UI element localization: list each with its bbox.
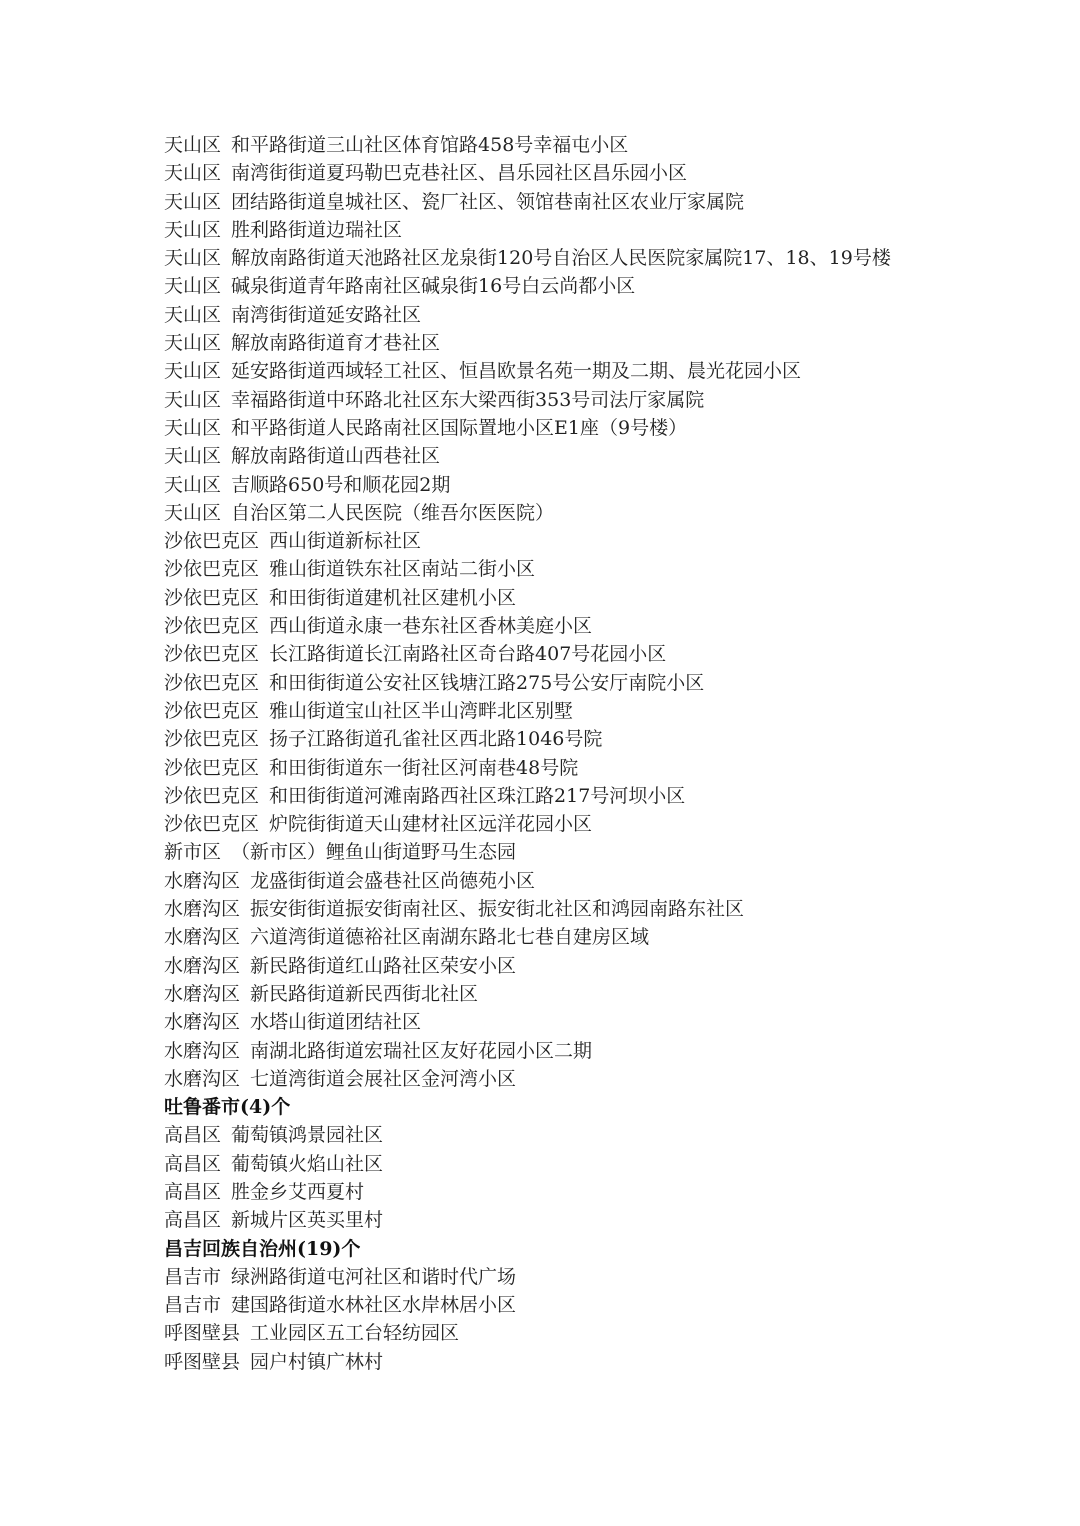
district-name: 沙依巴克区: [164, 810, 259, 838]
district-name: 昌吉市: [164, 1263, 221, 1291]
location-text: 振安街街道振安街南社区、振安街北社区和鸿园南路东社区: [250, 898, 744, 920]
location-text: 七道湾街道会展社区金河湾小区: [250, 1068, 516, 1090]
location-text: 新城片区英买里村: [231, 1209, 383, 1231]
district-name: 水磨沟区: [164, 980, 240, 1008]
list-item: 沙依巴克区炉院街街道天山建材社区远洋花园小区: [164, 810, 1024, 838]
location-text: 和田街街道东一街社区河南巷48号院: [269, 757, 578, 779]
district-name: 呼图壁县: [164, 1319, 240, 1347]
list-item: 天山区解放南路街道育才巷社区: [164, 329, 1024, 357]
location-text: 扬子江路街道孔雀社区西北路1046号院: [269, 728, 602, 750]
district-name: 水磨沟区: [164, 1008, 240, 1036]
district-name: 天山区: [164, 471, 221, 499]
location-text: 延安路街道西域轻工社区、恒昌欧景名苑一期及二期、晨光花园小区: [231, 360, 801, 382]
district-name: 天山区: [164, 188, 221, 216]
list-item: 沙依巴克区和田街街道东一街社区河南巷48号院: [164, 754, 1024, 782]
location-text: 葡萄镇鸿景园社区: [231, 1124, 383, 1146]
district-name: 水磨沟区: [164, 1037, 240, 1065]
location-text: 和田街街道河滩南路西社区珠江路217号河坝小区: [269, 785, 685, 807]
district-name: 水磨沟区: [164, 1065, 240, 1093]
document-page: 天山区和平路街道三山社区体育馆路458号幸福屯小区天山区南湾街街道夏玛勒巴克巷社…: [0, 0, 1080, 1526]
district-name: 新市区: [164, 838, 221, 866]
list-item: 呼图壁县工业园区五工台轻纺园区: [164, 1319, 1024, 1347]
district-name: 沙依巴克区: [164, 527, 259, 555]
district-name: 天山区: [164, 272, 221, 300]
location-text: 解放南路街道山西巷社区: [231, 445, 440, 467]
district-name: 水磨沟区: [164, 952, 240, 980]
location-text: 碱泉街道青年路南社区碱泉街16号白云尚都小区: [231, 275, 635, 297]
location-text: 雅山街道铁东社区南站二街小区: [269, 558, 535, 580]
location-text: 解放南路街道天池路社区龙泉街120号自治区人民医院家属院17、18、19号楼: [231, 247, 891, 269]
location-text: 龙盛街街道会盛巷社区尚德苑小区: [250, 870, 535, 892]
location-text: 南湖北路街道宏瑞社区友好花园小区二期: [250, 1040, 592, 1062]
location-text: 西山街道新标社区: [269, 530, 421, 552]
district-name: 天山区: [164, 386, 221, 414]
district-name: 沙依巴克区: [164, 612, 259, 640]
list-item: 沙依巴克区和田街街道河滩南路西社区珠江路217号河坝小区: [164, 782, 1024, 810]
list-item: 新市区（新市区）鲤鱼山街道野马生态园: [164, 838, 1024, 866]
district-name: 天山区: [164, 329, 221, 357]
list-item: 高昌区胜金乡艾西夏村: [164, 1178, 1024, 1206]
list-item: 天山区自治区第二人民医院（维吾尔医医院）: [164, 499, 1024, 527]
location-text: 雅山街道宝山社区半山湾畔北区别墅: [269, 700, 573, 722]
location-text: 自治区第二人民医院（维吾尔医医院）: [231, 502, 554, 524]
location-text: 六道湾街道德裕社区南湖东路北七巷自建房区域: [250, 926, 649, 948]
list-item: 天山区南湾街街道夏玛勒巴克巷社区、昌乐园社区昌乐园小区: [164, 159, 1024, 187]
location-text: （新市区）鲤鱼山街道野马生态园: [231, 841, 516, 863]
district-name: 天山区: [164, 131, 221, 159]
location-text: 长江路街道长江南路社区奇台路407号花园小区: [269, 643, 666, 665]
location-text: 吉顺路650号和顺花园2期: [231, 474, 450, 496]
district-name: 沙依巴克区: [164, 555, 259, 583]
list-item: 昌吉市绿洲路街道屯河社区和谐时代广场: [164, 1263, 1024, 1291]
location-text: 水塔山街道团结社区: [250, 1011, 421, 1033]
list-item: 昌吉市建国路街道水林社区水岸林居小区: [164, 1291, 1024, 1319]
list-item: 沙依巴克区和田街街道公安社区钱塘江路275号公安厅南院小区: [164, 669, 1024, 697]
list-item: 沙依巴克区长江路街道长江南路社区奇台路407号花园小区: [164, 640, 1024, 668]
location-text: 园户村镇广林村: [250, 1351, 383, 1373]
list-item: 水磨沟区振安街街道振安街南社区、振安街北社区和鸿园南路东社区: [164, 895, 1024, 923]
list-item: 沙依巴克区雅山街道宝山社区半山湾畔北区别墅: [164, 697, 1024, 725]
district-name: 天山区: [164, 216, 221, 244]
list-item: 高昌区葡萄镇火焰山社区: [164, 1150, 1024, 1178]
location-text: 葡萄镇火焰山社区: [231, 1153, 383, 1175]
location-text: 南湾街街道夏玛勒巴克巷社区、昌乐园社区昌乐园小区: [231, 162, 687, 184]
list-item: 高昌区新城片区英买里村: [164, 1206, 1024, 1234]
list-item: 沙依巴克区雅山街道铁东社区南站二街小区: [164, 555, 1024, 583]
location-text: 和平路街道人民路南社区国际置地小区E1座（9号楼）: [231, 417, 687, 439]
district-name: 沙依巴克区: [164, 782, 259, 810]
location-text: 团结路街道皇城社区、瓷厂社区、领馆巷南社区农业厅家属院: [231, 191, 744, 213]
location-list: 天山区和平路街道三山社区体育馆路458号幸福屯小区天山区南湾街街道夏玛勒巴克巷社…: [164, 131, 1024, 1376]
list-item: 水磨沟区南湖北路街道宏瑞社区友好花园小区二期: [164, 1037, 1024, 1065]
location-text: 胜金乡艾西夏村: [231, 1181, 364, 1203]
district-name: 天山区: [164, 499, 221, 527]
district-name: 沙依巴克区: [164, 640, 259, 668]
district-name: 水磨沟区: [164, 923, 240, 951]
list-item: 天山区幸福路街道中环路北社区东大梁西街353号司法厅家属院: [164, 386, 1024, 414]
location-text: 西山街道永康一巷东社区香林美庭小区: [269, 615, 592, 637]
location-text: 绿洲路街道屯河社区和谐时代广场: [231, 1266, 516, 1288]
list-item: 天山区吉顺路650号和顺花园2期: [164, 471, 1024, 499]
location-text: 胜利路街道边瑞社区: [231, 219, 402, 241]
district-name: 沙依巴克区: [164, 697, 259, 725]
list-item: 沙依巴克区西山街道新标社区: [164, 527, 1024, 555]
location-text: 幸福路街道中环路北社区东大梁西街353号司法厅家属院: [231, 389, 704, 411]
location-text: 工业园区五工台轻纺园区: [250, 1322, 459, 1344]
location-text: 炉院街街道天山建材社区远洋花园小区: [269, 813, 592, 835]
list-item: 沙依巴克区扬子江路街道孔雀社区西北路1046号院: [164, 725, 1024, 753]
district-name: 沙依巴克区: [164, 669, 259, 697]
district-name: 昌吉市: [164, 1291, 221, 1319]
list-item: 水磨沟区水塔山街道团结社区: [164, 1008, 1024, 1036]
list-item: 天山区和平路街道三山社区体育馆路458号幸福屯小区: [164, 131, 1024, 159]
list-item: 天山区南湾街街道延安路社区: [164, 301, 1024, 329]
location-text: 建国路街道水林社区水岸林居小区: [231, 1294, 516, 1316]
list-item: 呼图壁县园户村镇广林村: [164, 1348, 1024, 1376]
district-name: 天山区: [164, 301, 221, 329]
list-item: 天山区解放南路街道山西巷社区: [164, 442, 1024, 470]
list-item: 水磨沟区六道湾街道德裕社区南湖东路北七巷自建房区域: [164, 923, 1024, 951]
location-text: 解放南路街道育才巷社区: [231, 332, 440, 354]
location-text: 和平路街道三山社区体育馆路458号幸福屯小区: [231, 134, 628, 156]
district-name: 天山区: [164, 414, 221, 442]
list-item: 天山区解放南路街道天池路社区龙泉街120号自治区人民医院家属院17、18、19号…: [164, 244, 1024, 272]
district-name: 高昌区: [164, 1150, 221, 1178]
district-name: 水磨沟区: [164, 895, 240, 923]
location-text: 新民路街道新民西街北社区: [250, 983, 478, 1005]
district-name: 沙依巴克区: [164, 584, 259, 612]
list-item: 高昌区葡萄镇鸿景园社区: [164, 1121, 1024, 1149]
district-name: 天山区: [164, 244, 221, 272]
district-name: 天山区: [164, 442, 221, 470]
location-text: 新民路街道红山路社区荣安小区: [250, 955, 516, 977]
district-name: 高昌区: [164, 1206, 221, 1234]
district-name: 天山区: [164, 357, 221, 385]
list-item: 天山区和平路街道人民路南社区国际置地小区E1座（9号楼）: [164, 414, 1024, 442]
location-text: 和田街街道建机社区建机小区: [269, 587, 516, 609]
district-name: 沙依巴克区: [164, 725, 259, 753]
list-item: 水磨沟区新民路街道新民西街北社区: [164, 980, 1024, 1008]
district-name: 天山区: [164, 159, 221, 187]
list-item: 天山区团结路街道皇城社区、瓷厂社区、领馆巷南社区农业厅家属院: [164, 188, 1024, 216]
district-name: 呼图壁县: [164, 1348, 240, 1376]
location-text: 南湾街街道延安路社区: [231, 304, 421, 326]
list-item: 天山区碱泉街道青年路南社区碱泉街16号白云尚都小区: [164, 272, 1024, 300]
district-name: 沙依巴克区: [164, 754, 259, 782]
list-item: 水磨沟区龙盛街街道会盛巷社区尚德苑小区: [164, 867, 1024, 895]
list-item: 沙依巴克区和田街街道建机社区建机小区: [164, 584, 1024, 612]
section-heading: 吐鲁番市(4)个: [164, 1093, 1024, 1121]
list-item: 水磨沟区七道湾街道会展社区金河湾小区: [164, 1065, 1024, 1093]
list-item: 沙依巴克区西山街道永康一巷东社区香林美庭小区: [164, 612, 1024, 640]
list-item: 水磨沟区新民路街道红山路社区荣安小区: [164, 952, 1024, 980]
district-name: 水磨沟区: [164, 867, 240, 895]
location-text: 和田街街道公安社区钱塘江路275号公安厅南院小区: [269, 672, 704, 694]
list-item: 天山区延安路街道西域轻工社区、恒昌欧景名苑一期及二期、晨光花园小区: [164, 357, 1024, 385]
district-name: 高昌区: [164, 1121, 221, 1149]
section-heading: 昌吉回族自治州(19)个: [164, 1235, 1024, 1263]
list-item: 天山区胜利路街道边瑞社区: [164, 216, 1024, 244]
district-name: 高昌区: [164, 1178, 221, 1206]
